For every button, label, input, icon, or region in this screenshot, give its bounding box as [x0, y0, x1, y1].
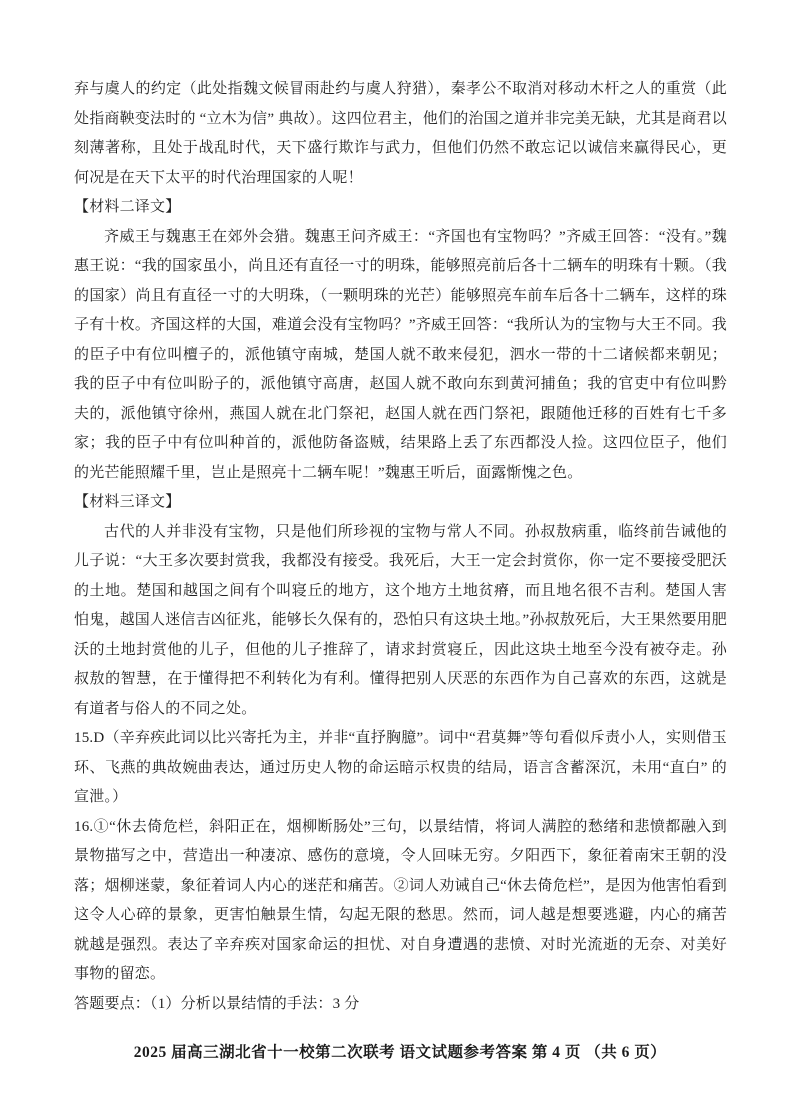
- material2-translation-header: 【材料二译文】: [74, 193, 727, 223]
- document-content: 弃与虞人的约定（此处指魏文候冒雨赴约与虞人狩猎），秦孝公不取消对移动木杆之人的重…: [74, 75, 727, 1019]
- page-footer: 2025 届高三湖北省十一校第二次联考 语文试题参考答案 第 4 页 （共 6 …: [0, 1041, 800, 1065]
- material3-translation-body: 古代的人并非没有宝物，只是他们所珍视的宝物与常人不同。孙叔敖病重，临终前告诫他的…: [74, 518, 727, 725]
- answer-item-15: 15.D（辛弃疾此词以比兴寄托为主，并非“直抒胸臆”。词中“君莫舞”等句看似斥责…: [74, 724, 727, 813]
- paragraph-material1-translation-continuation: 弃与虞人的约定（此处指魏文候冒雨赴约与虞人狩猎），秦孝公不取消对移动木杆之人的重…: [74, 75, 727, 193]
- material3-translation-header: 【材料三译文】: [74, 488, 727, 518]
- material2-translation-body: 齐威王与魏惠王在郊外会猎。魏惠王问齐威王：“齐国也有宝物吗？”齐威王回答：“没有…: [74, 223, 727, 489]
- document-page: 弃与虞人的约定（此处指魏文候冒雨赴约与虞人狩猎），秦孝公不取消对移动木杆之人的重…: [0, 0, 800, 1107]
- answer-scoring-points: 答题要点：（1）分析以景结情的手法：3 分: [74, 990, 727, 1020]
- answer-item-16: 16.①“休去倚危栏，斜阳正在，烟柳断肠处”三句，以景结情，将词人满腔的愁绪和悲…: [74, 813, 727, 990]
